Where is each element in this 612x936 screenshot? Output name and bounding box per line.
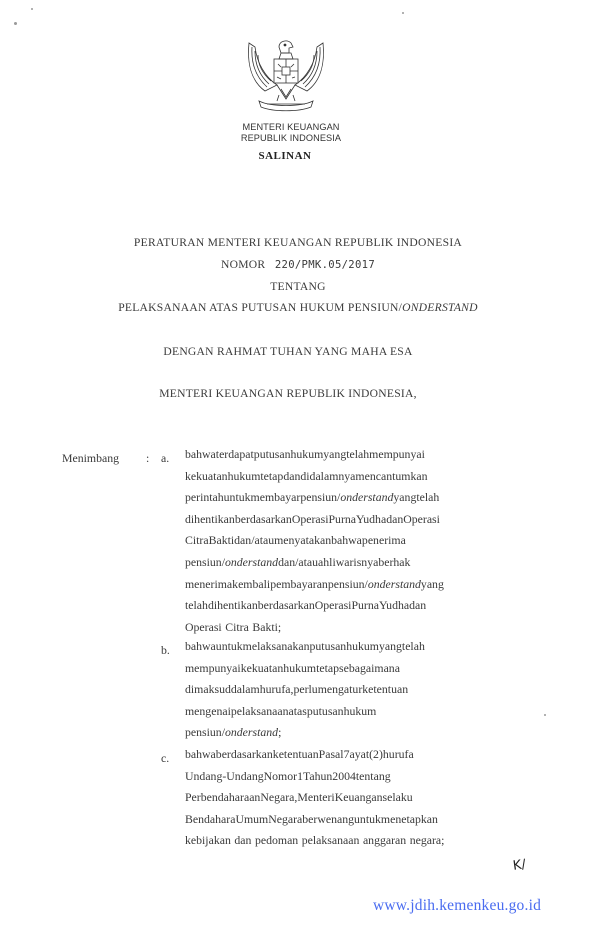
word: mencantumkan: [355, 469, 427, 483]
word: dan: [409, 598, 426, 612]
word: ayat: [349, 747, 369, 761]
word: Negara,: [260, 790, 297, 804]
word: mengatur: [318, 682, 363, 696]
word: bahwa: [185, 447, 216, 461]
text-line: mempunyaikekuatanhukumtetapsebagaimana: [185, 658, 533, 680]
word: berhak: [378, 555, 410, 569]
text-line: bahwaterdapatputusanhukumyangtelahmempun…: [185, 444, 533, 466]
regulation-number: NOMOR 220/PMK.05/2017: [0, 258, 596, 271]
word: Perbendaharaan: [185, 790, 260, 804]
word: hukum: [291, 447, 324, 461]
word: yang: [323, 447, 346, 461]
subject-italic: ONDERSTAND: [402, 301, 478, 314]
word: hukum: [346, 639, 379, 653]
institution-line-2: REPUBLIK INDONESIA: [0, 133, 582, 144]
word: terdapat: [216, 447, 254, 461]
word: kekuatan: [241, 661, 284, 675]
text-line: pensiun/onderstanddan/atauahliwarisnyabe…: [185, 552, 533, 574]
word: Yudha: [379, 598, 409, 612]
word: a: [408, 747, 413, 761]
word: yang: [393, 490, 416, 504]
word: menetapkan: [381, 812, 438, 826]
text-line: perintahuntukmembayarpensiun/onderstandy…: [185, 487, 533, 509]
word: atas: [289, 704, 307, 718]
considering-label: Menimbang: [62, 451, 119, 466]
word: ketentuan: [273, 747, 319, 761]
word: Undang-Undang: [185, 769, 264, 783]
word: hukum: [344, 704, 377, 718]
word: telah: [346, 447, 369, 461]
text-line: telahdihentikanberdasarkanOperasiPurnaYu…: [185, 595, 533, 617]
word: pensiun/onderstand: [328, 577, 421, 591]
word: kembali: [232, 577, 270, 591]
word: dan: [234, 833, 251, 847]
considering-item-b: bahwauntukmelaksanakanputusanhukumyangte…: [185, 636, 533, 744]
word: sebagaimana: [339, 661, 400, 675]
text-line: dihentikanberdasarkanOperasiPurnaYudhada…: [185, 509, 533, 531]
word: untuk: [354, 812, 381, 826]
about-label: TENTANG: [0, 280, 596, 293]
word: berdasarkan: [216, 747, 273, 761]
copy-stamp: SALINAN: [0, 150, 570, 162]
word: Operasi: [292, 512, 329, 526]
word: Citra: [225, 620, 249, 634]
word: untuk: [224, 490, 251, 504]
scan-speck: [544, 714, 546, 716]
word: dalamnya: [310, 469, 356, 483]
word: Nomor: [264, 769, 297, 783]
word: berwenang: [302, 812, 354, 826]
word: dimaksud: [185, 682, 231, 696]
considering-item-c: bahwaberdasarkanketentuanPasal7ayat(2)hu…: [185, 744, 533, 852]
word: dan/atau: [234, 533, 274, 547]
word: bahwa: [185, 639, 216, 653]
text-line: pensiun/onderstand;: [185, 722, 533, 744]
scan-speck: [31, 8, 33, 10]
word: dihentikan: [185, 512, 235, 526]
word: Bendahara: [185, 812, 235, 826]
word: perlu: [293, 682, 317, 696]
word: Bakti;: [252, 620, 281, 634]
word: Negara: [268, 812, 302, 826]
word: negara;: [410, 833, 445, 847]
word: pelaksanaan: [231, 704, 289, 718]
regulation-title: PERATURAN MENTERI KEUANGAN REPUBLIK INDO…: [0, 236, 596, 249]
word: warisnya: [336, 555, 379, 569]
word: berdasarkan: [235, 512, 292, 526]
word: pensiun/onderstand: [300, 490, 393, 504]
word: penerima: [362, 533, 406, 547]
word: Purna: [329, 512, 357, 526]
word: hukum: [283, 661, 316, 675]
blessing-line: DENGAN RAHMAT TUHAN YANG MAHA ESA: [0, 345, 576, 358]
scan-speck: [14, 22, 17, 25]
initial-mark: K/: [512, 857, 527, 874]
considering-colon: :: [146, 451, 149, 466]
word: mempunyai: [185, 661, 241, 675]
word: Yudha: [356, 512, 386, 526]
word: kekuatan: [185, 469, 228, 483]
word: putusan: [307, 704, 344, 718]
number-value: 220/PMK.05/2017: [275, 259, 375, 271]
item-letter: a.: [161, 451, 169, 466]
word: putusan: [310, 639, 347, 653]
text-line: kebijakandanpedomanpelaksanaananggaranne…: [185, 830, 533, 852]
word: bahwa: [185, 747, 216, 761]
word: melaksanakan: [243, 639, 310, 653]
word: pensiun/onderstand;: [185, 725, 281, 739]
word: huruf: [260, 682, 286, 696]
word: tetap: [260, 469, 283, 483]
text-line: bahwaberdasarkanketentuanPasal7ayat(2)hu…: [185, 744, 533, 766]
text-line: PerbendaharaanNegara,MenteriKeuangansela…: [185, 787, 533, 809]
text-line: dimaksuddalamhurufa,perlumengaturketentu…: [185, 679, 533, 701]
word: Tahun: [303, 769, 332, 783]
text-line: bahwauntukmelaksanakanputusanhukumyangte…: [185, 636, 533, 658]
word: Operasi: [403, 512, 440, 526]
word: tentang: [356, 769, 391, 783]
word: dan/atau: [278, 555, 318, 569]
word: untuk: [216, 639, 243, 653]
word: telah: [185, 598, 208, 612]
word: membayar: [251, 490, 301, 504]
word: hukum: [228, 469, 261, 483]
word: 2004: [332, 769, 356, 783]
word: dan: [283, 469, 300, 483]
text-line: mengenaipelaksanaanatasputusanhukum: [185, 701, 533, 723]
word: yang: [379, 639, 402, 653]
text-line: BendaharaUmumNegaraberwenanguntukmenetap…: [185, 809, 533, 831]
word: yang: [421, 577, 444, 591]
word: Menteri: [297, 790, 334, 804]
word: Pasal: [319, 747, 344, 761]
word: huruf: [383, 747, 409, 761]
word: anggaran: [363, 833, 406, 847]
word: tetap: [316, 661, 339, 675]
regulation-subject: PELAKSANAAN ATAS PUTUSAN HUKUM PENSIUN/O…: [0, 301, 596, 314]
word: (2): [369, 747, 383, 761]
text-line: menerimakembalipembayaranpensiun/onderst…: [185, 574, 533, 596]
word: di: [300, 469, 309, 483]
website-link[interactable]: www.jdih.kemenkeu.go.id: [373, 897, 541, 915]
text-line: CitraBaktidan/ataumenyatakanbahwapenerim…: [185, 530, 533, 552]
word: pensiun/onderstand: [185, 555, 278, 569]
word: kebijakan: [185, 833, 231, 847]
word: Operasi: [185, 620, 222, 634]
word: bahwa: [331, 533, 362, 547]
word: dan: [386, 512, 403, 526]
word: menyatakan: [274, 533, 331, 547]
considering-item-a: bahwaterdapatputusanhukumyangtelahmempun…: [185, 444, 533, 638]
word: menerima: [185, 577, 232, 591]
word: ahli: [318, 555, 336, 569]
word: berdasarkan: [258, 598, 315, 612]
word: ketentuan: [362, 682, 408, 696]
item-letter: c.: [161, 751, 169, 766]
word: dalam: [231, 682, 260, 696]
word: perintah: [185, 490, 224, 504]
word: Keuangan: [335, 790, 383, 804]
word: putusan: [254, 447, 291, 461]
word: pedoman: [255, 833, 298, 847]
word: mempunyai: [369, 447, 425, 461]
word: Bakti: [209, 533, 235, 547]
word: selaku: [383, 790, 413, 804]
text-line: Undang-UndangNomor1Tahun2004tentang: [185, 766, 533, 788]
text-line: kekuatanhukumtetapdandidalamnyamencantum…: [185, 466, 533, 488]
word: Purna: [351, 598, 379, 612]
word: pembayaran: [270, 577, 328, 591]
number-label: NOMOR: [221, 258, 265, 271]
garuda-emblem-icon: [243, 33, 329, 119]
word: mengenai: [185, 704, 231, 718]
word: telah: [402, 639, 425, 653]
item-letter: b.: [161, 643, 170, 658]
scan-speck: [402, 12, 404, 14]
word: Operasi: [315, 598, 352, 612]
institution-line-1: MENTERI KEUANGAN: [0, 122, 582, 133]
word: dihentikan: [208, 598, 258, 612]
word: pelaksanaan: [302, 833, 360, 847]
authority-line: MENTERI KEUANGAN REPUBLIK INDONESIA,: [0, 387, 576, 400]
word: telah: [416, 490, 439, 504]
subject-prefix: PELAKSANAAN ATAS PUTUSAN HUKUM PENSIUN/: [118, 301, 402, 314]
word: Citra: [185, 533, 209, 547]
word: Umum: [235, 812, 268, 826]
